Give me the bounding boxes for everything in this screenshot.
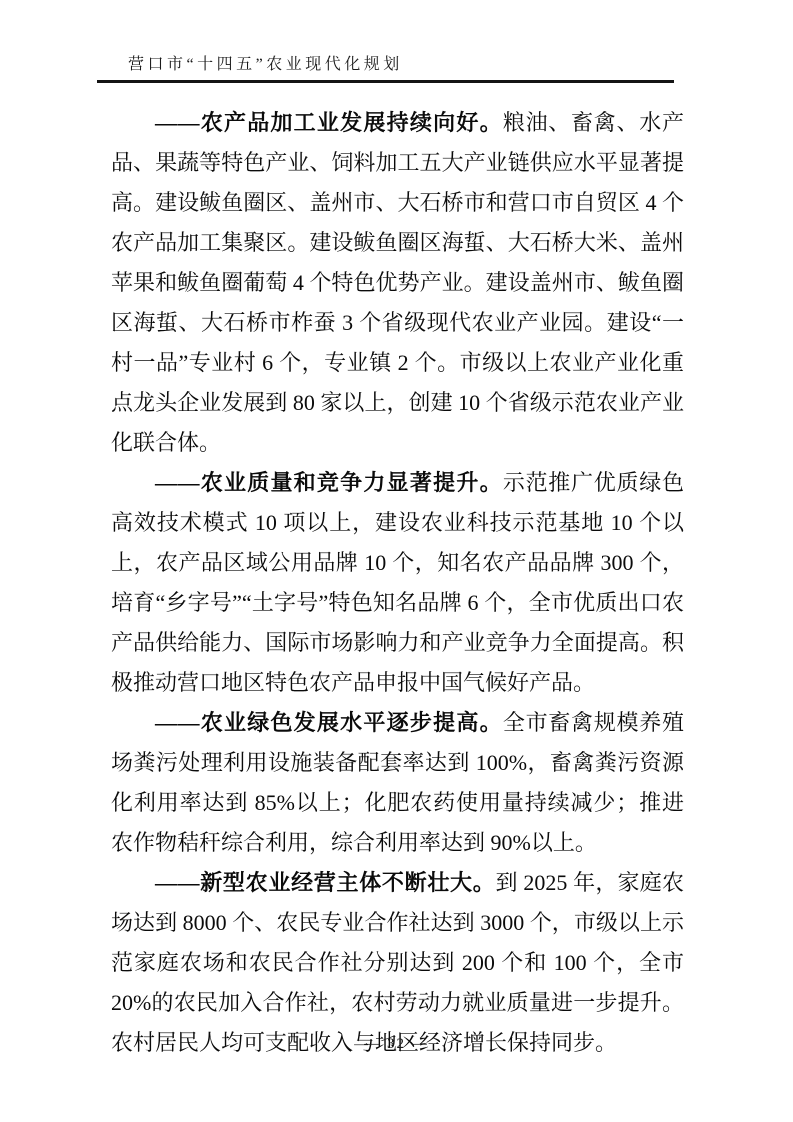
paragraph-lead: ——农产品加工业发展持续向好。: [155, 110, 503, 135]
paragraph: ——农产品加工业发展持续向好。粮油、畜禽、水产品、果蔬等特色产业、饲料加工五大产…: [111, 103, 684, 463]
header-rule-divider: [97, 80, 674, 83]
document-body: ——农产品加工业发展持续向好。粮油、畜禽、水产品、果蔬等特色产业、饲料加工五大产…: [111, 103, 684, 1063]
paragraph-text: 到 2025 年，家庭农场达到 8000 个、农民专业合作社达到 3000 个，…: [111, 870, 684, 1055]
paragraph: ——新型农业经营主体不断壮大。到 2025 年，家庭农场达到 8000 个、农民…: [111, 863, 684, 1063]
paragraph-text: 示范推广优质绿色高效技术模式 10 项以上，建设农业科技示范基地 10 个以上，…: [111, 470, 684, 695]
page-number: — 32 —: [0, 1036, 793, 1053]
document-page: 营口市“十四五”农业现代化规划 ——农产品加工业发展持续向好。粮油、畜禽、水产品…: [0, 0, 793, 1122]
paragraph-lead: ——新型农业经营主体不断壮大。: [155, 870, 495, 895]
paragraph: ——农业质量和竞争力显著提升。示范推广优质绿色高效技术模式 10 项以上，建设农…: [111, 463, 684, 703]
paragraph-text: 粮油、畜禽、水产品、果蔬等特色产业、饲料加工五大产业链供应水平显著提高。建设鲅鱼…: [111, 110, 684, 455]
paragraph: ——农业绿色发展水平逐步提高。全市畜禽规模养殖场粪污处理利用设施装备配套率达到 …: [111, 703, 684, 863]
page-header-title: 营口市“十四五”农业现代化规划: [128, 51, 403, 74]
paragraph-lead: ——农业绿色发展水平逐步提高。: [155, 710, 503, 735]
paragraph-lead: ——农业质量和竞争力显著提升。: [155, 470, 503, 495]
